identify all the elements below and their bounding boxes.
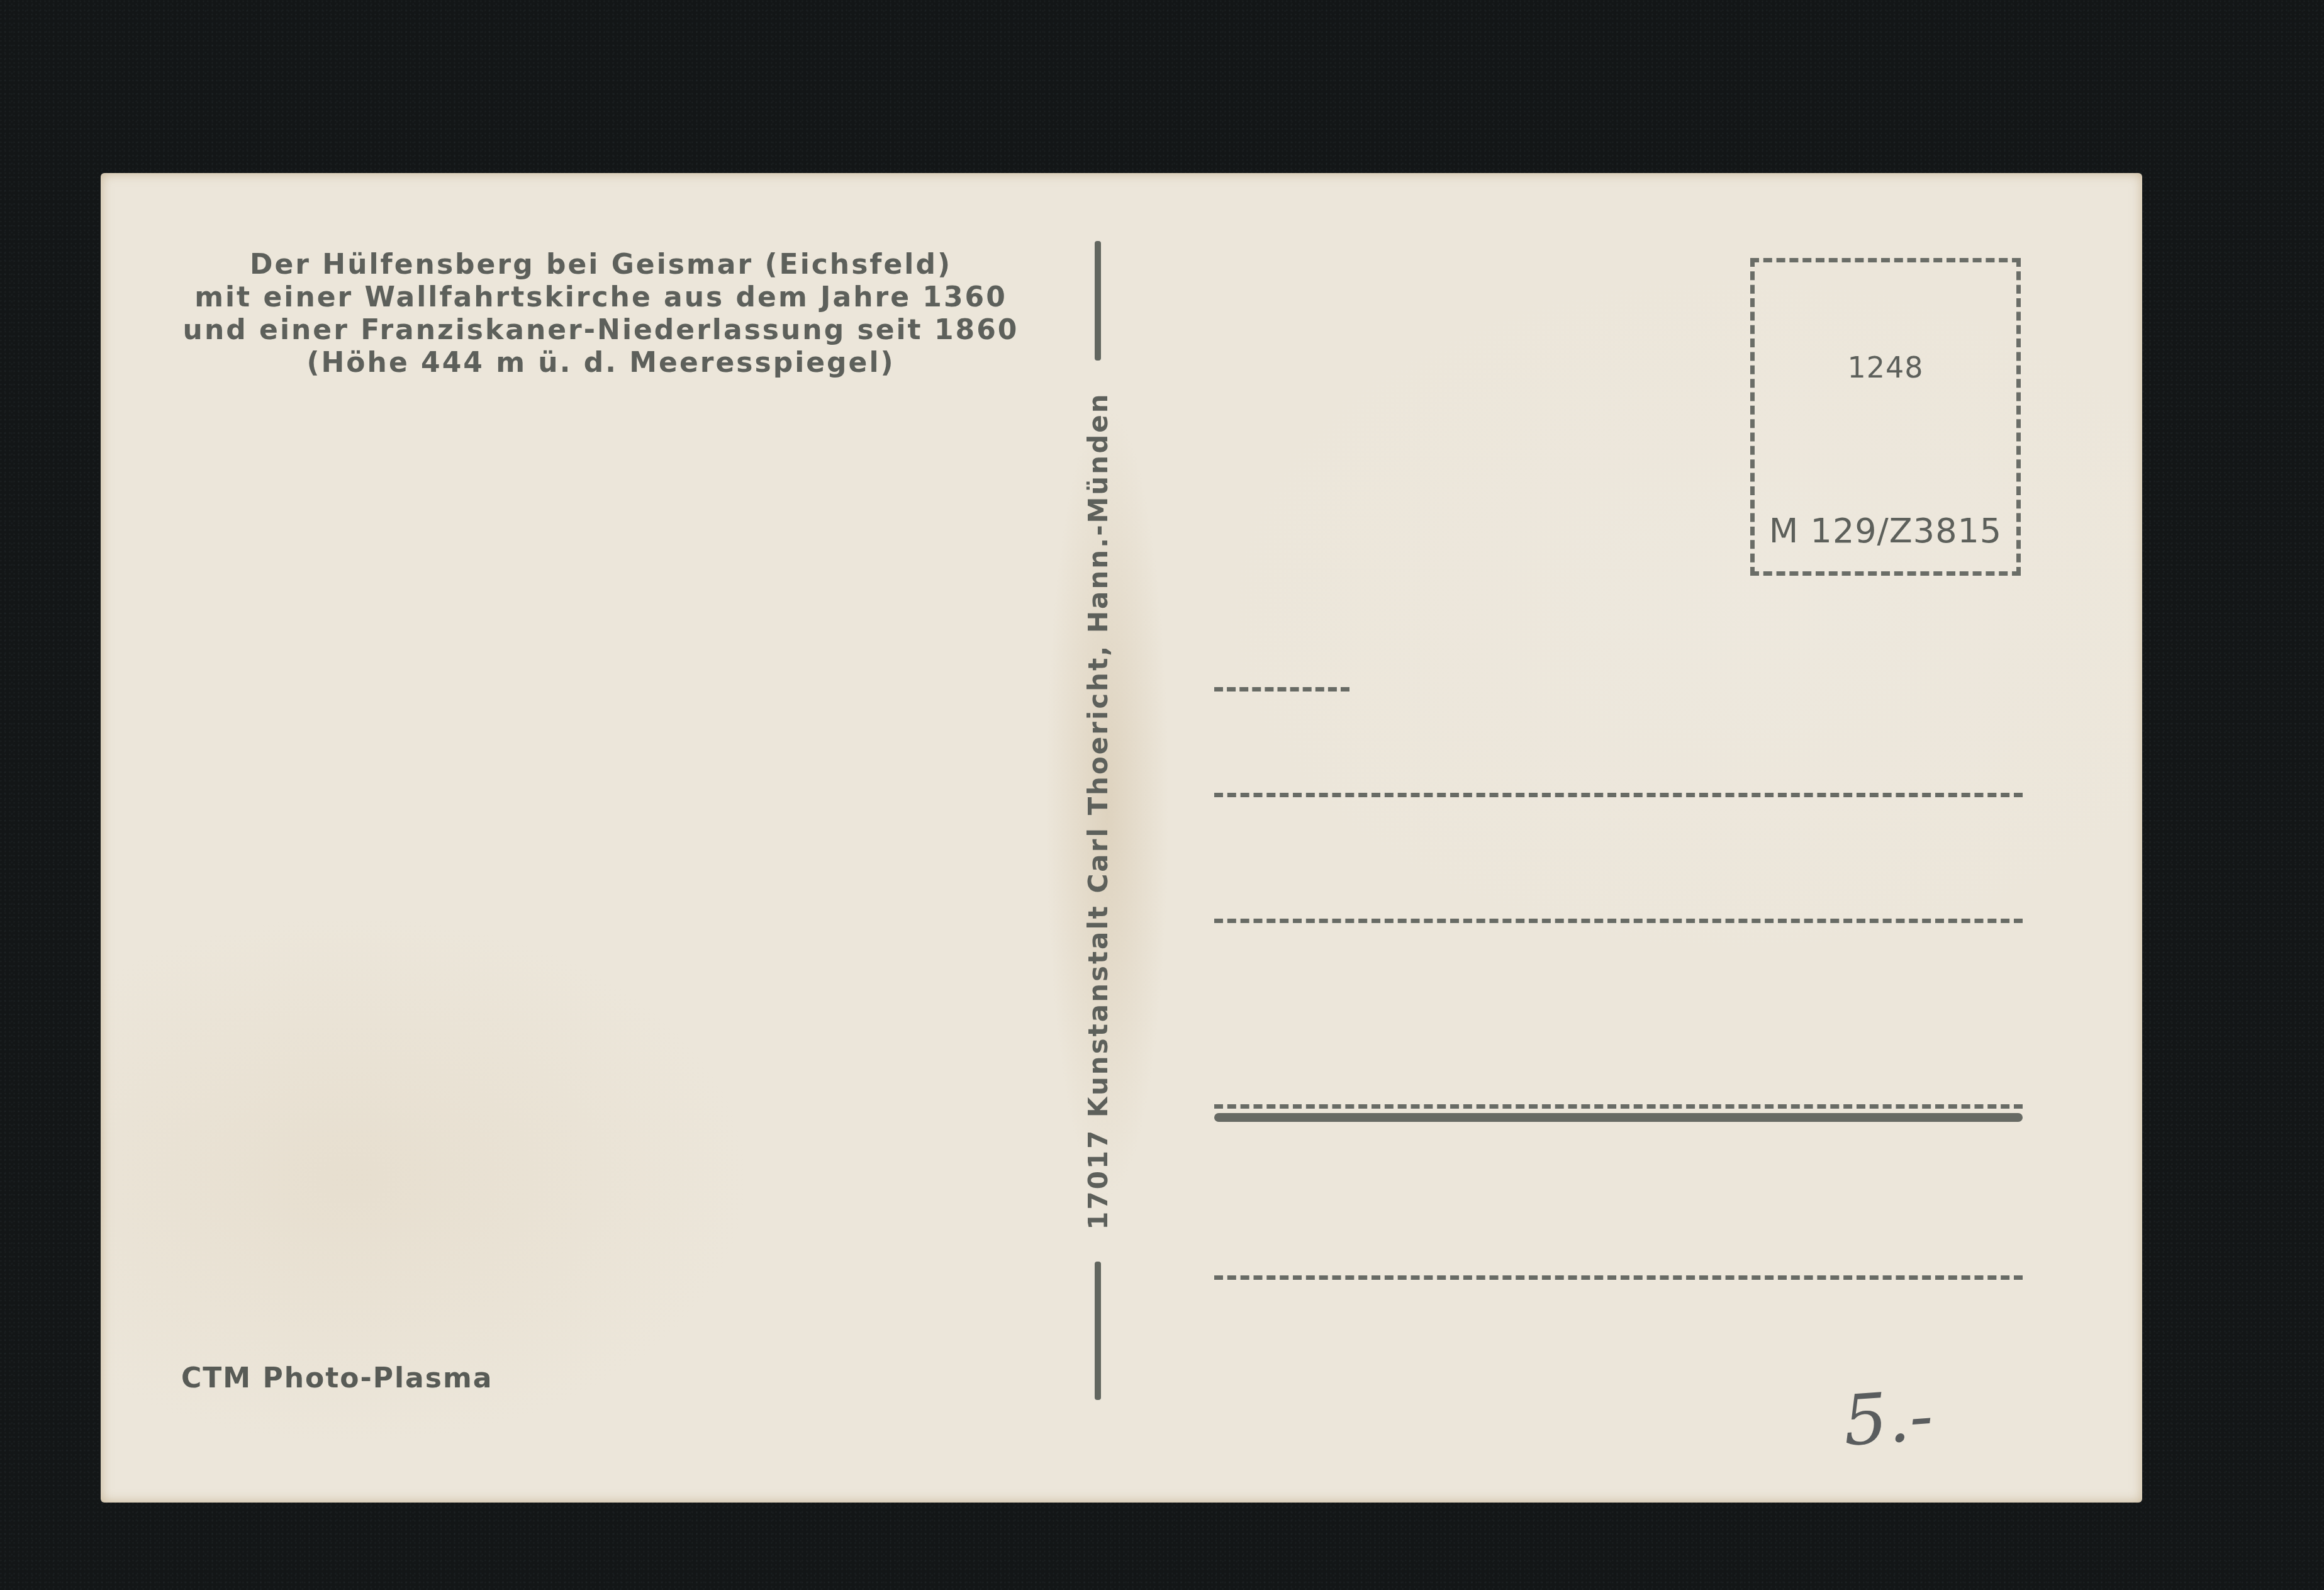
caption-line-1: Der Hülfensberg bei Geismar (Eichsfeld) (170, 249, 1032, 281)
postcard-caption: Der Hülfensberg bei Geismar (Eichsfeld) … (170, 249, 1032, 379)
divider-bar-top (1095, 241, 1101, 361)
publisher-imprint-vertical: 17017 Kunstanstalt Carl Thoericht, Hann.… (1083, 392, 1114, 1229)
stamp-number: 1248 (1755, 350, 2016, 384)
caption-line-2: mit einer Wallfahrtskirche aus dem Jahre… (170, 281, 1032, 314)
photo-imprint: CTM Photo-Plasma (181, 1362, 493, 1394)
postcard-back: Der Hülfensberg bei Geismar (Eichsfeld) … (101, 173, 2142, 1503)
address-line-2 (1214, 793, 2023, 797)
divider-bar-bottom (1095, 1262, 1101, 1400)
stamp-placeholder-box: 1248 M 129/Z3815 (1750, 258, 2021, 576)
address-line-1 (1214, 687, 1349, 691)
caption-line-4: (Höhe 444 m ü. d. Meeresspiegel) (170, 347, 1032, 379)
stamp-code: M 129/Z3815 (1755, 511, 2016, 551)
caption-line-3: und einer Franziskaner-Niederlassung sei… (170, 314, 1032, 347)
center-divider: 17017 Kunstanstalt Carl Thoericht, Hann.… (1082, 241, 1114, 1405)
address-underline-solid (1214, 1113, 2023, 1122)
address-line-3 (1214, 919, 2023, 923)
address-line-5 (1214, 1275, 2023, 1280)
handwritten-price: 5.- (1841, 1375, 1936, 1462)
address-line-4 (1214, 1104, 2023, 1109)
